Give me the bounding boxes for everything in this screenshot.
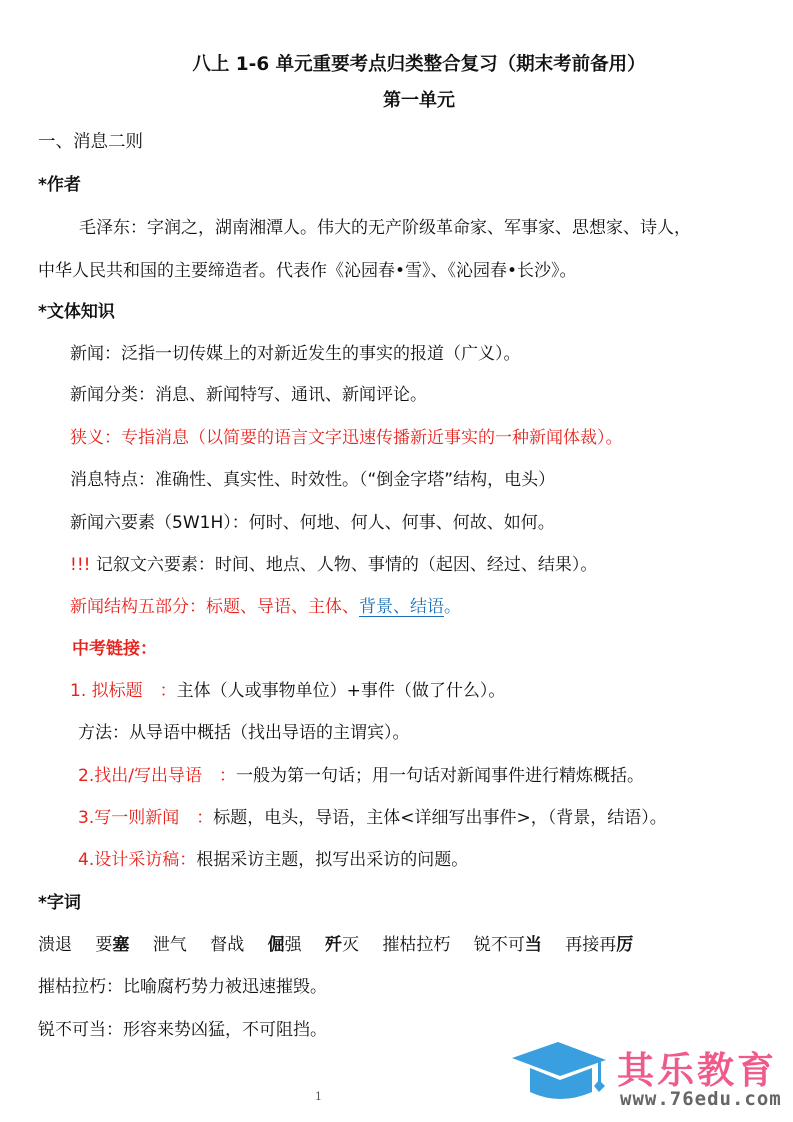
vocab-word: 溃退	[38, 935, 72, 955]
exam-item-text: 一般为第一句话；用一句话对新闻事件进行精炼概括。	[236, 766, 644, 786]
news-structure-underlined: 背景、结语	[359, 597, 444, 617]
document-title: 八上 1-6 单元重要考点归类整合复习（期末考前备用）	[0, 54, 793, 76]
news-structure-end: 。	[444, 597, 461, 617]
watermark-brand: 其乐教育	[617, 1040, 777, 1094]
vocab-word: 歼灭	[325, 935, 359, 955]
exam-item-text: 标题，电头，导语，主体<详细写出事件>，（背景，结语）。	[213, 808, 667, 828]
vocab-word: 泄气	[153, 935, 187, 955]
watermark-url: www.76edu.com	[620, 1088, 782, 1110]
news-structure-red: 新闻结构五部分：标题、导语、主体、	[70, 597, 359, 617]
exam-item-label: 4.设计采访稿：	[78, 850, 196, 870]
exam-item-1: 1. 拟标题 ：主体（人或事物单位）+事件（做了什么）。	[70, 680, 505, 702]
exam-item-text: 根据采访主题，拟写出采访的问题。	[196, 850, 468, 870]
exam-item-3: 3.写一则新闻 ：标题，电头，导语，主体<详细写出事件>，（背景，结语）。	[78, 807, 667, 829]
watermark-logo: 其乐教育 www.76edu.com	[510, 1040, 790, 1116]
vocab-heading: *字词	[38, 892, 81, 914]
vocab-word-list: 溃退 要塞 泄气 督战 倔强 歼灭 摧枯拉朽 锐不可当 再接再厉	[38, 934, 651, 956]
exam-item-method: 方法：从导语中概括（找出导语的主谓宾）。	[78, 722, 410, 744]
vocab-word: 要塞	[95, 935, 129, 955]
author-heading: *作者	[38, 174, 81, 196]
vocab-definition-2: 锐不可当：形容来势凶猛，不可阻挡。	[38, 1019, 327, 1041]
author-line-2: 中华人民共和国的主要缔造者。代表作《沁园春•雪》、《沁园春•长沙》。	[38, 260, 577, 282]
news-types: 新闻分类：消息、新闻特写、通讯、新闻评论。	[70, 384, 427, 406]
genre-heading: *文体知识	[38, 301, 115, 323]
exam-item-label: 2.找出/写出导语 ：	[78, 766, 236, 786]
narrative-elements: !!! 记叙文六要素：时间、地点、人物、事情的（起因、经过、结果）。	[70, 554, 597, 576]
unit-title: 第一单元	[0, 90, 793, 112]
graduation-cap-icon	[510, 1040, 610, 1116]
exam-item-label: 3.写一则新闻 ：	[78, 808, 213, 828]
news-structure: 新闻结构五部分：标题、导语、主体、背景、结语。	[70, 596, 461, 618]
page-number: 1	[315, 1090, 322, 1103]
section-heading: 一、消息二则	[38, 131, 143, 153]
vocab-word: 再接再厉	[565, 935, 633, 955]
exam-item-4: 4.设计采访稿：根据采访主题，拟写出采访的问题。	[78, 849, 468, 871]
vocab-definition-1: 摧枯拉朽：比喻腐朽势力被迅速摧毁。	[38, 976, 327, 998]
six-elements: 新闻六要素（5W1H）：何时、何地、何人、何事、何故、如何。	[70, 512, 555, 534]
narrow-definition: 狭义：专指消息（以简要的语言文字迅速传播新近事实的一种新闻体裁）。	[70, 427, 623, 449]
vocab-word: 锐不可当	[474, 935, 542, 955]
exam-item-text: 方法：从导语中概括（找出导语的主谓宾）。	[78, 723, 410, 743]
news-definition: 新闻：泛指一切传媒上的对新近发生的事实的报道（广义）。	[70, 343, 521, 365]
exam-item-text: 主体（人或事物单位）+事件（做了什么）。	[177, 681, 506, 701]
exam-item-label: 1. 拟标题 ：	[70, 681, 177, 701]
exam-item-2: 2.找出/写出导语 ：一般为第一句话；用一句话对新闻事件进行精炼概括。	[78, 765, 644, 787]
news-features: 消息特点：准确性、真实性、时效性。（“倒金字塔”结构，电头）	[70, 469, 555, 491]
exam-link-heading: 中考链接：	[72, 638, 157, 660]
vocab-word: 摧枯拉朽	[382, 935, 450, 955]
vocab-word: 督战	[210, 935, 244, 955]
narrative-elements-text: 记叙文六要素：时间、地点、人物、事情的（起因、经过、结果）。	[90, 555, 597, 575]
exclamation-mark: !!!	[70, 555, 90, 575]
author-line-1: 毛泽东：字润之，湖南湘潭人。伟大的无产阶级革命家、军事家、思想家、诗人，	[79, 217, 691, 239]
vocab-word: 倔强	[268, 935, 302, 955]
